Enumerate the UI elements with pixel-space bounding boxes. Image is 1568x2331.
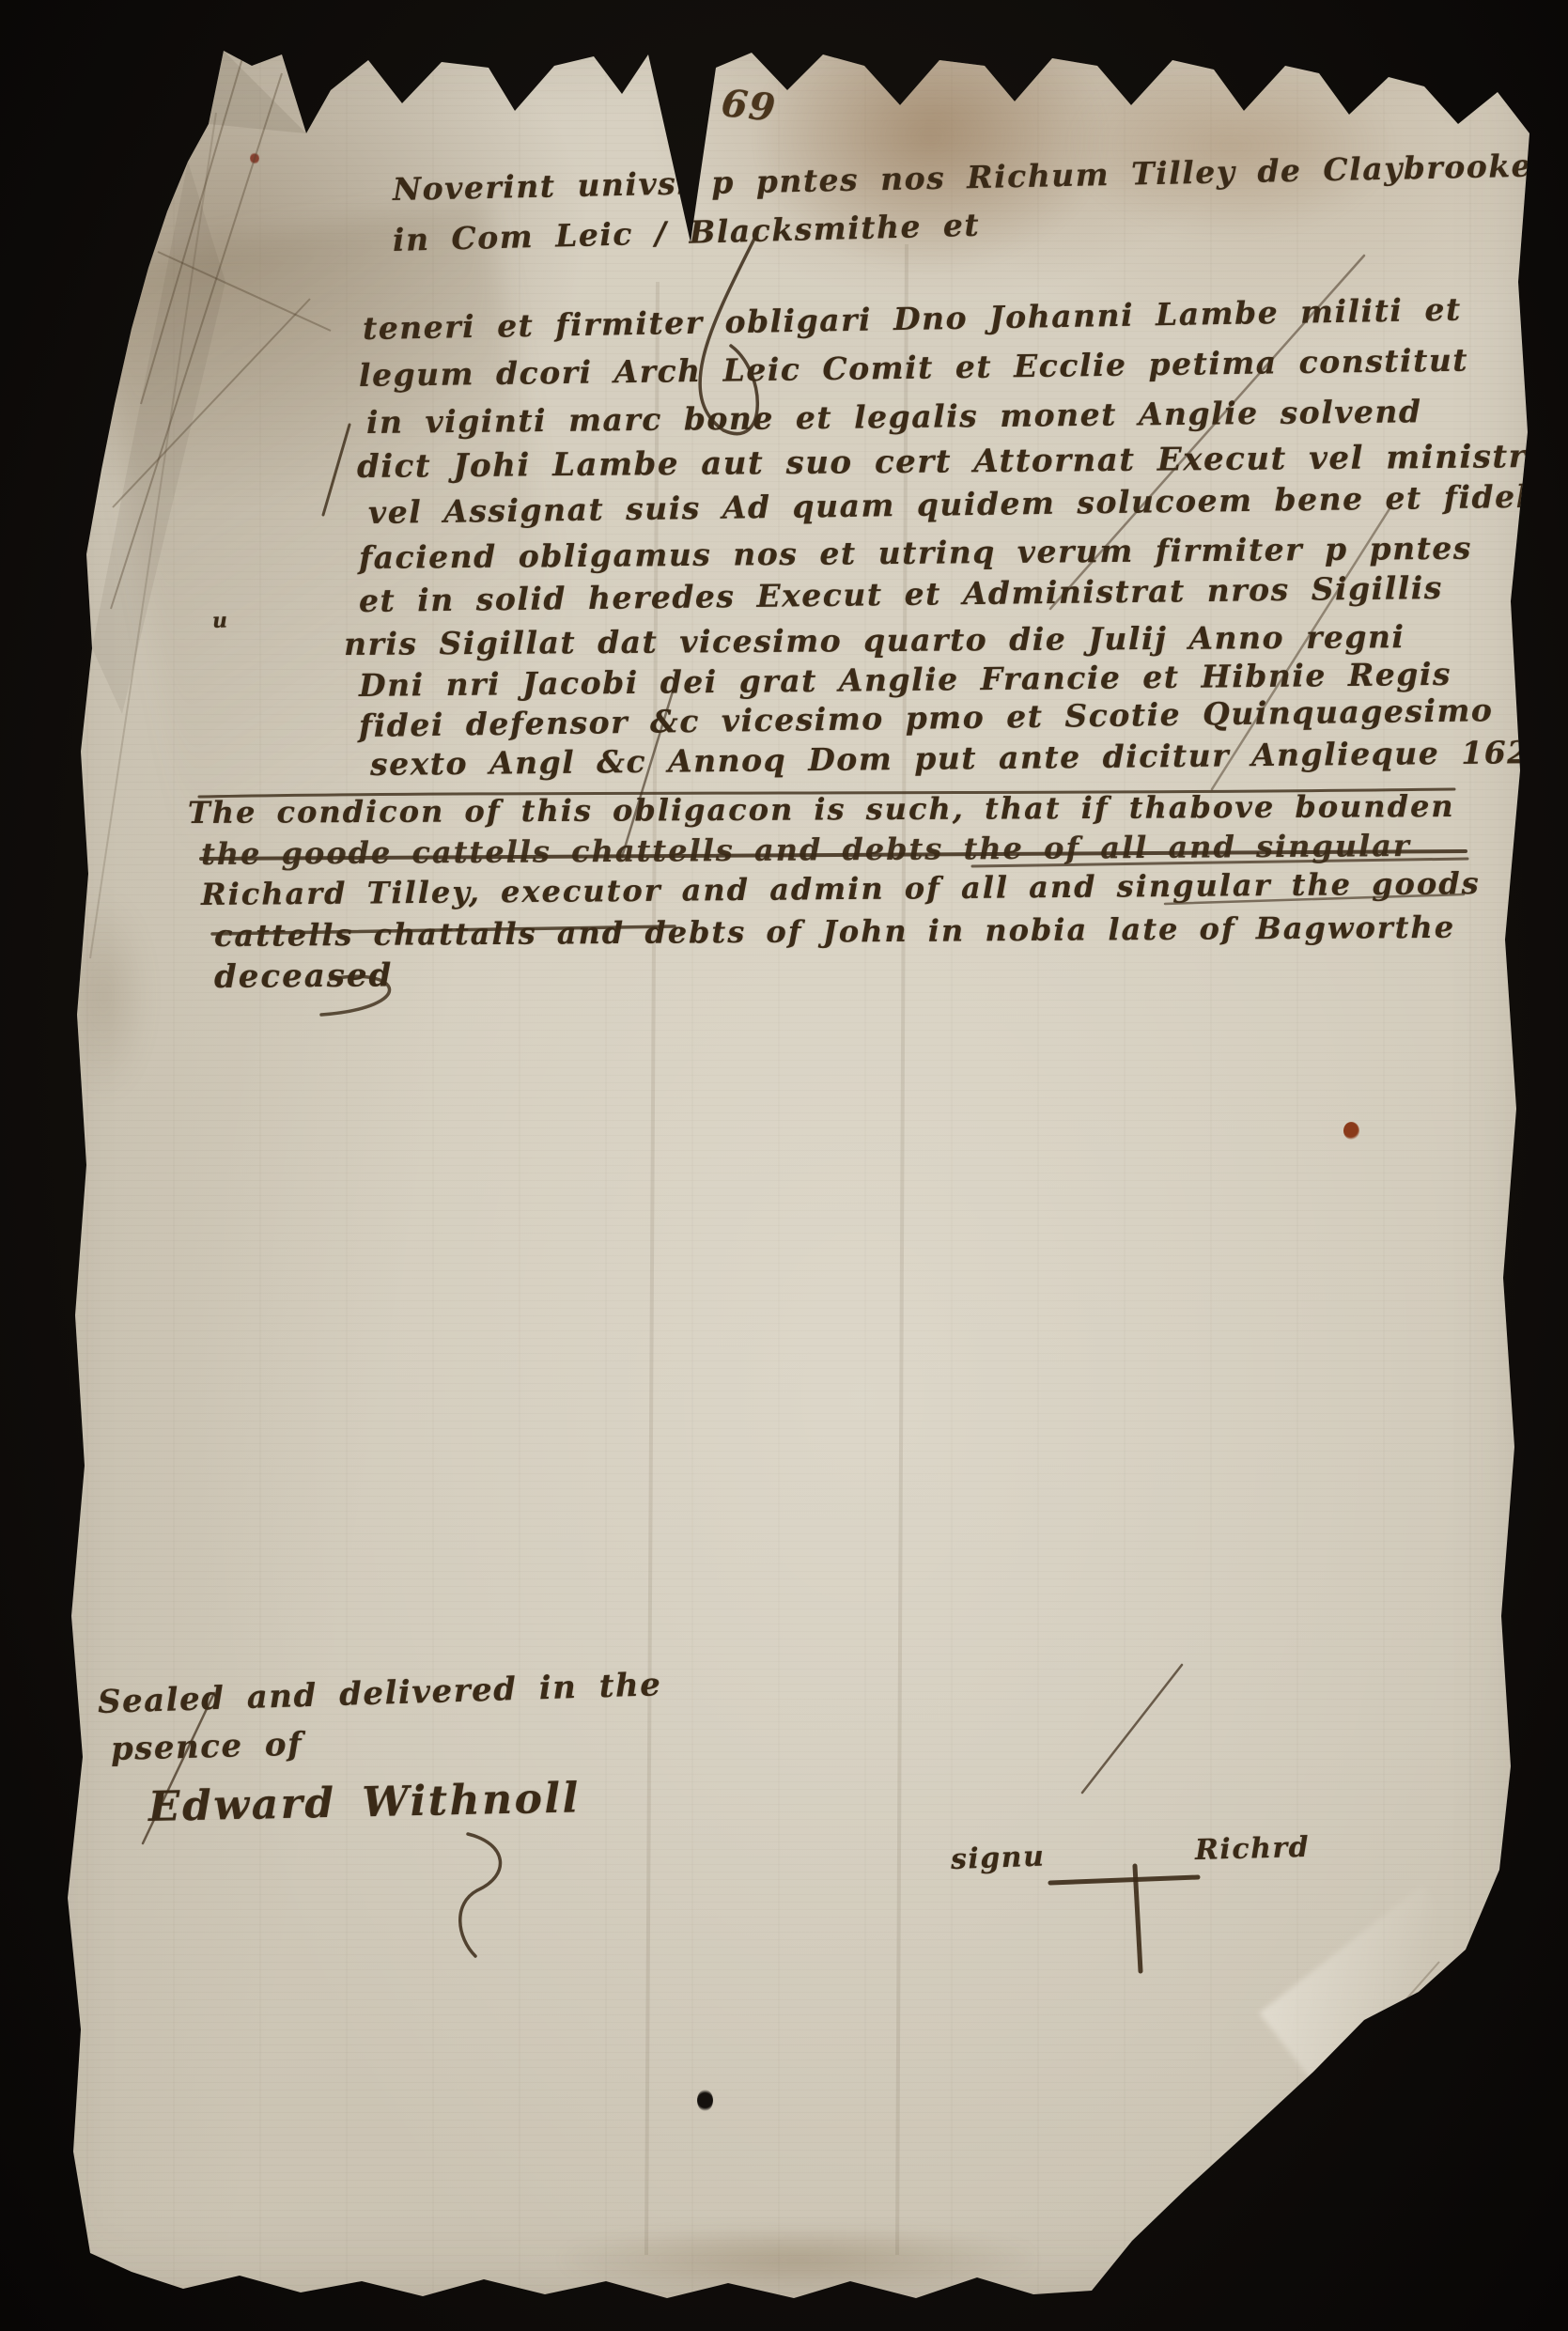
manuscript-page: 69 Noverint univsi p pntes nos Richum Ti…	[0, 0, 1568, 2331]
manuscript-line: The condicon of this obligacon is such, …	[188, 788, 1455, 831]
photograph-of-manuscript: 69 Noverint univsi p pntes nos Richum Ti…	[0, 0, 1568, 2331]
margin-mark: u	[212, 608, 229, 633]
manuscript-line: deceased	[214, 956, 394, 996]
manuscript-line: nris Sigillat dat vicesimo quarto die Ju…	[344, 618, 1405, 662]
signum-name: Richrd	[1195, 1831, 1311, 1867]
signum-word: signu	[950, 1841, 1046, 1876]
folio-number: 69	[720, 81, 779, 131]
witness-signature: Edward Withnoll	[147, 1774, 581, 1831]
attestation-line: psence of	[110, 1726, 303, 1768]
